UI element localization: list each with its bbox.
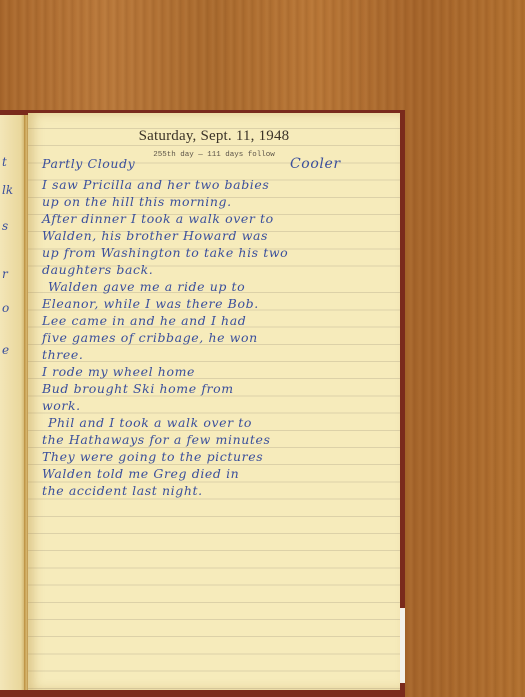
entry-line: the Hathaways for a few minutes xyxy=(42,432,271,447)
entry-line: Bud brought Ski home from xyxy=(42,381,234,396)
entry-line: After dinner I took a walk over to xyxy=(42,211,274,226)
entry-line: work. xyxy=(42,398,81,413)
left-page-fragment: r xyxy=(2,267,8,281)
entry-line: up on the hill this morning. xyxy=(42,194,232,209)
entry-line: Eleanor, while I was there Bob. xyxy=(42,296,259,311)
weather-note: Partly Cloudy xyxy=(42,156,135,171)
temperature-note: Cooler xyxy=(290,156,341,172)
left-page-fragment: s xyxy=(2,219,8,233)
entry-line: Walden told me Greg died in xyxy=(42,466,239,481)
entry-line: the accident last night. xyxy=(42,483,203,498)
left-page-fragment: e xyxy=(2,343,9,357)
entry-line: three. xyxy=(42,347,83,362)
page-edge xyxy=(400,608,405,683)
left-page: t lk s r o e xyxy=(0,115,26,690)
entry-line: Phil and I took a walk over to xyxy=(48,415,252,430)
entry-line: I rode my wheel home xyxy=(42,364,195,379)
entry-line: They were going to the pictures xyxy=(42,449,263,464)
left-page-fragment: o xyxy=(2,301,9,315)
left-page-fragment: lk xyxy=(2,183,13,197)
entry-line: five games of cribbage, he won xyxy=(42,330,258,345)
entry-line: up from Washington to take his two xyxy=(42,245,288,260)
left-page-fragment: t xyxy=(2,155,7,169)
entry-line: Lee came in and he and I had xyxy=(42,313,246,328)
page-date: Saturday, Sept. 11, 1948 xyxy=(28,128,400,145)
entry-line: Walden gave me a ride up to xyxy=(48,279,245,294)
entry-line: I saw Pricilla and her two babies xyxy=(42,177,269,192)
entry-line: Walden, his brother Howard was xyxy=(42,228,268,243)
entry-line: daughters back. xyxy=(42,262,153,277)
